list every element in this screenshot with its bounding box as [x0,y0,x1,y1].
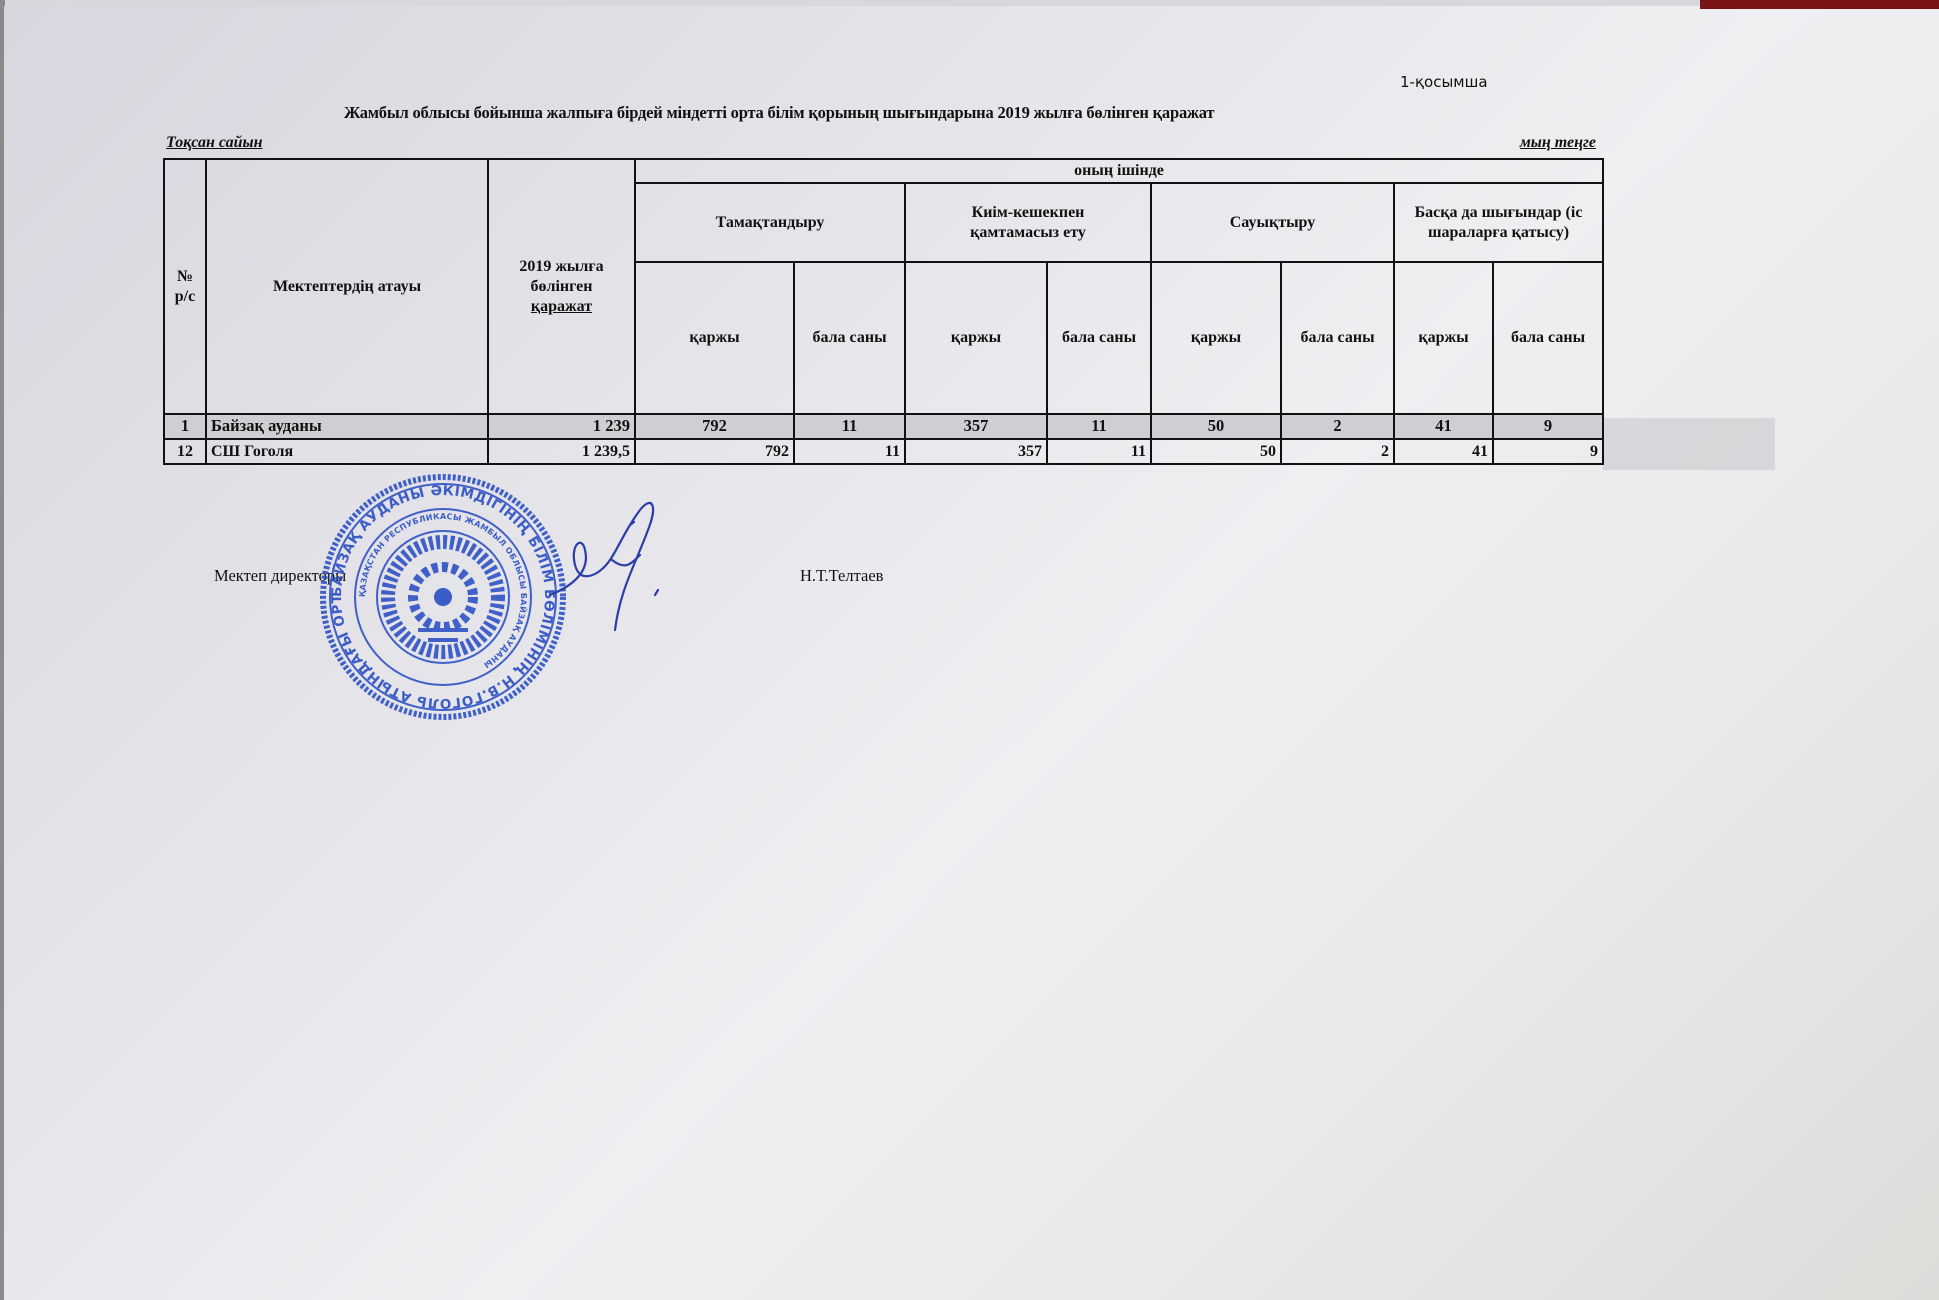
sub-health-money: қаржы [1151,262,1281,414]
cell-allocated: 1 239 [488,414,635,439]
header-allocated-line2: бөлінген [530,278,592,295]
cell-food-money: 792 [635,414,794,439]
cell-food-money: 792 [635,439,794,464]
table-row: 12 СШ Гоголя 1 239,5 792 11 357 11 50 2 … [164,439,1603,464]
sub-clothes-children: бала саны [1047,262,1151,414]
signature-scribble-icon [530,490,690,640]
document-title: Жамбыл облысы бойынша жалпыға бірдей мін… [344,103,1214,123]
header-number-symbol: № [177,268,193,285]
signature-name: Н.Т.Телтаев [800,566,883,586]
group-clothes: Киім-кешекпен қамтамасыз ету [905,183,1151,262]
cell-name: СШ Гоголя [206,439,488,464]
allocation-table: № р/с Мектептердің атауы 2019 жылға бөлі… [163,158,1604,465]
sub-food-children: бала саны [794,262,905,414]
sub-food-money: қаржы [635,262,794,414]
cell-health-children: 2 [1281,414,1394,439]
period-label: Тоқсан сайын [166,134,262,152]
header-allocated-line1: 2019 жылға [519,258,603,275]
group-health: Сауықтыру [1151,183,1394,262]
sub-clothes-money: қаржы [905,262,1047,414]
appendix-label: 1-қосымша [1400,73,1488,91]
cell-other-money: 41 [1394,414,1493,439]
cell-clothes-money: 357 [905,439,1047,464]
cell-no: 1 [164,414,206,439]
cell-food-children: 11 [794,414,905,439]
header-including: оның ішінде [635,159,1603,183]
background-strip [1700,0,1939,9]
cell-other-money: 41 [1394,439,1493,464]
cell-clothes-money: 357 [905,414,1047,439]
cell-food-children: 11 [794,439,905,464]
group-other: Басқа да шығындар (іс шараларға қатысу) [1394,183,1603,262]
sub-health-children: бала саны [1281,262,1394,414]
header-allocated: 2019 жылға бөлінген қаражат [488,159,635,414]
cell-health-children: 2 [1281,439,1394,464]
sub-other-money: қаржы [1394,262,1493,414]
cell-no: 12 [164,439,206,464]
header-number-abbr: р/с [175,288,195,305]
cell-other-children: 9 [1493,439,1603,464]
header-school-name: Мектептердің атауы [206,159,488,414]
cell-allocated: 1 239,5 [488,439,635,464]
header-allocated-line3: қаражат [531,298,592,315]
sub-other-children: бала саны [1493,262,1603,414]
header-number: № р/с [164,159,206,414]
table-row: 1 Байзақ ауданы 1 239 792 11 357 11 50 2… [164,414,1603,439]
cell-health-money: 50 [1151,439,1281,464]
cell-health-money: 50 [1151,414,1281,439]
cell-clothes-children: 11 [1047,439,1151,464]
cell-other-children: 9 [1493,414,1603,439]
group-food: Тамақтандыру [635,183,905,262]
unit-label: мың теңге [1496,134,1596,152]
cell-clothes-children: 11 [1047,414,1151,439]
shading-band [1603,418,1775,470]
cell-name: Байзақ ауданы [206,414,488,439]
